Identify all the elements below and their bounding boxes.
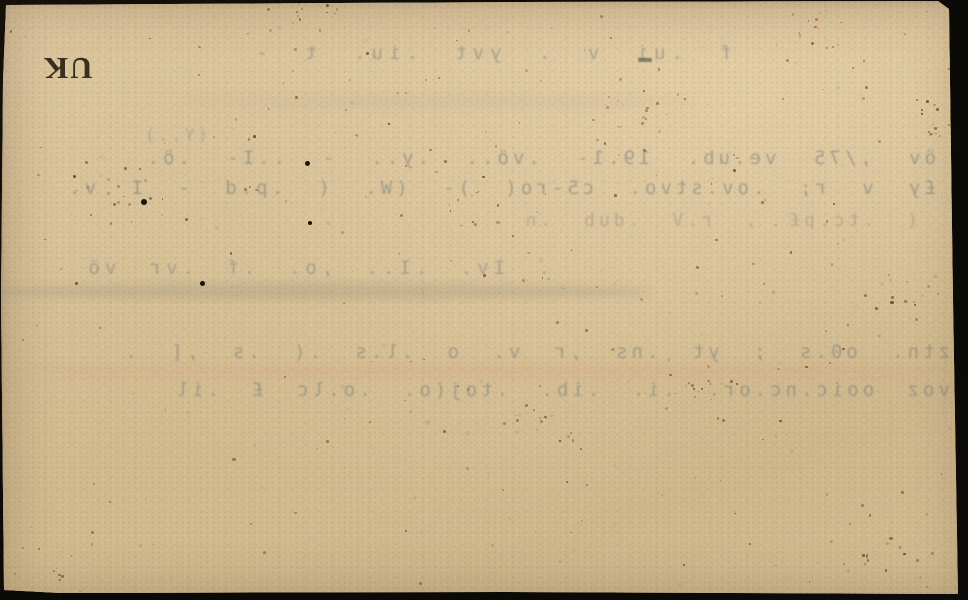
paper-speckle <box>610 37 612 39</box>
ink-dot <box>200 281 205 286</box>
paper-speckle <box>449 205 450 206</box>
paper-speckle <box>734 513 736 515</box>
paper-speckle <box>285 200 288 203</box>
paper-speckle <box>230 252 233 255</box>
paper-speckle <box>861 504 864 507</box>
paper-speckle <box>949 65 951 67</box>
paper-speckle <box>512 235 514 237</box>
paper-speckle <box>519 122 521 124</box>
paper-speckle <box>254 444 256 446</box>
paper-speckle <box>878 335 880 337</box>
paper-speckle <box>955 301 957 303</box>
paper-speckle <box>503 422 506 425</box>
paper-speckle <box>910 318 911 319</box>
paper-speckle <box>283 82 284 83</box>
paper-speckle <box>499 293 500 294</box>
paper-speckle <box>621 126 622 127</box>
paper-speckle <box>336 8 339 11</box>
paper-speckle <box>669 374 671 376</box>
paper-speckle <box>934 275 937 278</box>
paper-speckle <box>572 439 575 442</box>
ink-dot <box>308 221 312 225</box>
paper-speckle <box>604 142 606 144</box>
paper-speckle <box>939 135 941 137</box>
paper-speckle <box>715 239 717 241</box>
paper-speckle <box>19 250 20 251</box>
paper-speckle <box>114 233 115 234</box>
paper-speckle <box>10 30 12 32</box>
paper-speckle <box>948 124 950 126</box>
paper-speckle <box>465 431 470 436</box>
paper-speckle <box>684 98 686 100</box>
paper-speckle <box>25 36 26 37</box>
paper-speckle <box>790 251 793 254</box>
paper-speckle <box>113 203 116 206</box>
paper-speckle <box>643 90 645 92</box>
paper-speckle <box>231 285 234 288</box>
bleedthrough-text-line: f .ui v . yvt .iu. t - <box>232 42 732 64</box>
paper-speckle <box>481 492 483 494</box>
paper-speckle <box>815 18 818 21</box>
paper-speckle <box>326 440 329 443</box>
paper-speckle <box>19 501 21 503</box>
paper-speckle <box>507 31 509 33</box>
ink-dot <box>305 161 310 166</box>
paper-speckle <box>707 365 710 368</box>
paper-speckle <box>139 544 142 547</box>
paper-speckle <box>937 293 939 295</box>
paper-speckle <box>826 47 827 48</box>
paper-speckle <box>921 109 923 111</box>
paper-speckle <box>936 139 937 140</box>
paper-speckle <box>91 531 94 534</box>
paper-speckle <box>117 201 120 204</box>
paper-speckle <box>295 96 298 99</box>
paper-speckle <box>585 329 588 332</box>
paper-speckle <box>79 590 81 592</box>
paper-speckle <box>666 114 667 115</box>
paper-speckle <box>668 311 670 313</box>
paper-speckle <box>516 419 519 422</box>
paper-speckle <box>966 103 967 104</box>
paper-speckle <box>185 173 187 175</box>
paper-speckle <box>349 79 351 81</box>
paper-speckle <box>185 218 188 221</box>
paper-speckle <box>782 98 784 100</box>
bleedthrough-text-line: voz ooic.nc.or. .i. .ib. .toj(o. .o.lc £… <box>2 379 950 401</box>
paper-speckle <box>840 22 841 23</box>
paper-speckle <box>161 214 163 216</box>
paper-speckle <box>619 78 622 81</box>
paper-speckle <box>830 540 833 543</box>
paper-speckle <box>341 231 344 234</box>
paper-speckle <box>904 33 906 35</box>
paper-speckle <box>93 483 95 485</box>
paper-speckle <box>819 12 821 14</box>
paper-speckle <box>786 59 789 62</box>
paper-speckle <box>299 18 302 21</box>
paper-speckle <box>857 305 858 306</box>
paper-speckle <box>561 287 565 291</box>
paper-speckle <box>903 553 905 555</box>
paper-speckle <box>934 127 937 130</box>
paper-speckle <box>508 517 511 520</box>
paper-speckle <box>889 537 892 540</box>
paper-speckle <box>913 301 916 304</box>
paper-speckle <box>284 376 286 378</box>
paper-speckle <box>316 448 318 450</box>
paper-speckle <box>237 295 238 296</box>
paper-speckle <box>875 307 878 310</box>
paper-speckle <box>847 324 848 325</box>
paper-speckle <box>927 285 930 288</box>
paper-speckle <box>346 408 349 411</box>
paper-speckle <box>799 34 802 37</box>
paper-speckle <box>636 67 638 69</box>
paper-speckle <box>433 79 434 80</box>
paper-speckle <box>567 435 570 438</box>
paper-speckle <box>423 293 424 294</box>
paper-speckle <box>645 109 648 112</box>
paper-speckle <box>53 570 55 572</box>
paper-speckle <box>491 544 494 547</box>
paper-speckle <box>864 563 866 565</box>
paper-speckle <box>334 13 335 14</box>
paper-speckle <box>16 105 18 107</box>
paper-speckle <box>539 417 541 419</box>
paper-speckle <box>556 321 559 324</box>
paper-speckle <box>776 44 778 46</box>
bleedthrough-text-line: ( .tc.p£ , r.V .dub .n <box>238 210 918 231</box>
paper-speckle <box>922 295 924 297</box>
paper-speckle <box>936 108 939 111</box>
paper-speckle <box>790 449 794 453</box>
paper-speckle <box>123 575 125 577</box>
paper-speckle <box>198 74 201 77</box>
paper-speckle <box>515 415 516 416</box>
paper-speckle <box>847 570 850 573</box>
paper-speckle <box>919 576 922 579</box>
paper-speckle <box>752 263 754 265</box>
paper-speckle <box>559 561 561 563</box>
paper-speckle <box>435 171 438 174</box>
paper-speckle <box>928 131 929 132</box>
paper-speckle <box>926 11 927 12</box>
paper-speckle <box>832 46 834 48</box>
paper-speckle <box>678 101 679 102</box>
paper-speckle <box>886 542 889 545</box>
paper-speckle <box>640 298 643 301</box>
paper-speckle <box>805 366 807 368</box>
paper-speckle <box>865 86 868 89</box>
paper-speckle <box>880 282 884 286</box>
paper-speckle <box>419 582 422 585</box>
paper-speckle <box>721 295 723 297</box>
paper-speckle <box>899 546 901 548</box>
paper-speckle <box>320 1 321 2</box>
paper-speckle <box>789 102 790 103</box>
paper-speckle <box>761 201 763 203</box>
paper-speckle <box>525 69 527 71</box>
paper-speckle <box>831 263 833 265</box>
paper-speckle <box>796 62 797 63</box>
paper-speckle <box>658 130 661 133</box>
paper-speckle <box>267 8 270 11</box>
paper-speckle <box>232 458 235 461</box>
paper-speckle <box>18 109 19 110</box>
paper-speckle <box>890 301 893 304</box>
paper-speckle <box>297 15 299 17</box>
paper-speckle <box>901 491 904 494</box>
paper-speckle <box>580 448 582 450</box>
paper-speckle <box>811 42 814 45</box>
paper-speckle <box>405 530 407 532</box>
paper-speckle <box>525 404 528 407</box>
ink-dash <box>638 58 652 62</box>
paper-speckle <box>937 127 938 128</box>
bleedthrough-text-line: (Y..) <box>88 126 208 146</box>
paper-speckle <box>816 562 817 563</box>
paper-speckle <box>818 28 819 29</box>
paper-speckle <box>296 11 298 13</box>
paper-speckle <box>109 501 111 503</box>
paper-speckle <box>183 328 187 332</box>
paper-speckle <box>890 279 892 281</box>
paper-speckle <box>622 105 623 106</box>
paper-speckle <box>921 113 922 114</box>
paper-speckle <box>696 266 699 269</box>
paper-speckle <box>170 577 172 579</box>
paper-speckle <box>208 7 209 8</box>
paper-speckle <box>762 439 763 440</box>
paper-speckle <box>544 416 546 418</box>
paper-speckle <box>200 217 204 221</box>
paper-speckle <box>99 327 101 329</box>
paper-speckle <box>250 523 252 525</box>
paper-speckle <box>497 204 500 207</box>
paper-speckle <box>388 123 389 124</box>
paper-speckle <box>613 523 616 526</box>
paper-speckle <box>916 99 918 101</box>
paper-speckle <box>571 249 573 251</box>
ink-dot <box>141 199 147 205</box>
paper-speckle <box>695 292 698 295</box>
paper-speckle <box>717 417 719 419</box>
paper-speckle <box>319 29 322 32</box>
paper-speckle <box>563 463 566 466</box>
paper-speckle <box>30 527 32 529</box>
paper-speckle <box>779 420 781 422</box>
paper-speckle <box>722 419 725 422</box>
paper-speckle <box>948 68 950 70</box>
paper-speckle <box>888 531 889 532</box>
paper-speckle <box>825 10 827 12</box>
paper-speckle <box>464 282 465 283</box>
paper-speckle <box>931 97 932 98</box>
paper-speckle <box>878 140 881 143</box>
paper-speckle <box>326 4 329 7</box>
paper-speckle <box>38 548 40 550</box>
paper-speckle <box>949 428 951 430</box>
paper-speckle <box>253 135 256 138</box>
paper-speckle <box>822 89 824 91</box>
paper-speckle <box>777 368 779 370</box>
paper-speckle <box>808 20 809 21</box>
paper-speckle <box>425 79 427 81</box>
paper-speckle <box>145 499 146 500</box>
paper-speckle <box>941 473 943 475</box>
archive-card-back: f .ui v . yvt .iu. t - (Y..) öv ,/75 ve.… <box>0 0 968 600</box>
paper-speckle <box>842 238 846 242</box>
paper-speckle <box>678 583 682 587</box>
smudge-band <box>0 283 650 300</box>
paper-speckle <box>107 558 108 559</box>
paper-speckle <box>248 138 250 140</box>
paper-speckle <box>294 512 296 514</box>
paper-speckle <box>268 108 269 109</box>
paper-speckle <box>837 243 839 245</box>
paper-speckle <box>131 221 133 223</box>
paper-speckle <box>665 407 668 410</box>
paper-speckle <box>926 100 929 103</box>
paper-speckle <box>551 415 553 417</box>
paper-speckle <box>405 92 407 94</box>
paper-speckle <box>701 334 702 335</box>
paper-speckle <box>566 481 568 483</box>
paper-speckle <box>677 93 679 95</box>
paper-speckle <box>224 337 226 339</box>
paper-speckle <box>596 286 598 288</box>
bleedthrough-text-line: öv ,/75 ve.ub. 19.1- .vö.. .y.. - ..I- .… <box>24 147 936 169</box>
paper-speckle <box>60 268 62 270</box>
paper-speckle <box>502 489 504 491</box>
paper-speckle <box>916 559 919 562</box>
paper-speckle <box>941 197 944 200</box>
paper-speckle <box>438 77 440 79</box>
paper-speckle <box>785 578 787 580</box>
paper-speckle <box>608 96 610 98</box>
paper-speckle <box>456 40 457 41</box>
paper-speckle <box>774 434 778 438</box>
paper-speckle <box>515 430 519 434</box>
paper-speckle <box>533 409 535 411</box>
paper-speckle <box>792 13 795 16</box>
paper-speckle <box>775 565 776 566</box>
paper-speckle <box>656 102 659 105</box>
paper-speckle <box>867 559 869 561</box>
paper-speckle <box>269 29 272 32</box>
paper-speckle <box>658 68 660 70</box>
paper-speckle <box>646 107 648 109</box>
paper-speckle <box>277 26 282 31</box>
paper-speckle <box>48 593 50 595</box>
paper-speckle <box>355 134 357 136</box>
paper-speckle <box>618 126 619 127</box>
paper-speckle <box>596 139 598 141</box>
paper-speckle <box>399 253 400 254</box>
paper-speckle <box>213 136 215 138</box>
paper-speckle <box>932 124 933 125</box>
paper-speckle <box>925 513 928 516</box>
paper-speckle <box>466 467 469 470</box>
paper-speckle <box>764 199 766 201</box>
paper-speckle <box>528 412 530 414</box>
paper-speckle <box>904 300 907 303</box>
paper-speckle <box>56 568 58 570</box>
pink-stain-band <box>0 365 968 378</box>
paper-speckle <box>946 197 950 201</box>
paper-speckle <box>683 564 685 566</box>
paper-speckle <box>247 33 248 34</box>
paper-speckle <box>859 93 862 96</box>
paper-speckle <box>931 552 934 555</box>
paper-speckle <box>292 70 294 72</box>
paper-speckle <box>350 101 355 106</box>
paper-speckle <box>326 12 328 14</box>
paper-speckle <box>836 86 840 90</box>
bleedthrough-text-line: £y v r; .ov.stvo. c5-ro( )- (W. ( .p.d -… <box>2 177 936 199</box>
paper-speckle <box>139 480 140 481</box>
paper-speckle <box>91 543 94 546</box>
paper-speckle <box>485 131 487 133</box>
paper-speckle <box>826 493 828 495</box>
paper-speckle <box>586 484 588 486</box>
paper-speckle <box>468 29 471 32</box>
paper-speckle <box>592 119 594 121</box>
uk-library-stamp: UK <box>42 50 93 86</box>
paper-speckle <box>22 547 24 549</box>
paper-speckle <box>814 26 817 29</box>
paper-speckle <box>559 440 561 442</box>
paper-speckle <box>536 429 539 432</box>
paper-speckle <box>950 282 951 283</box>
paper-speckle <box>613 282 617 286</box>
paper-speckle <box>763 283 765 285</box>
paper-speckle <box>14 573 16 575</box>
paper-speckle <box>749 543 751 545</box>
paper-speckle <box>695 477 696 478</box>
paper-speckle <box>369 421 371 423</box>
paper-speckle <box>772 291 775 294</box>
paper-speckle <box>720 480 722 482</box>
paper-speckle <box>617 100 619 102</box>
paper-speckle <box>849 523 851 525</box>
paper-speckle <box>862 97 865 100</box>
paper-speckle <box>518 413 522 417</box>
paper-speckle <box>487 472 491 476</box>
paper-speckle <box>235 118 237 120</box>
paper-speckle <box>71 555 73 557</box>
paper-speckle <box>614 464 616 466</box>
paper-speckle <box>906 281 908 283</box>
paper-speckle <box>709 202 711 204</box>
paper-speckle <box>128 203 131 206</box>
paper-speckle <box>833 203 835 205</box>
paper-speckle <box>540 420 543 423</box>
paper-speckle <box>759 302 761 304</box>
paper-speckle <box>230 126 235 131</box>
paper-speckle <box>885 569 888 572</box>
paper-speckle <box>413 496 417 500</box>
paper-speckle <box>915 318 918 321</box>
paper-speckle <box>299 3 300 4</box>
paper-speckle <box>572 548 576 552</box>
paper-speckle <box>933 104 936 107</box>
paper-speckle <box>198 46 200 48</box>
paper-speckle <box>215 226 219 230</box>
paper-speckle <box>490 140 492 142</box>
paper-speckle <box>37 174 39 176</box>
